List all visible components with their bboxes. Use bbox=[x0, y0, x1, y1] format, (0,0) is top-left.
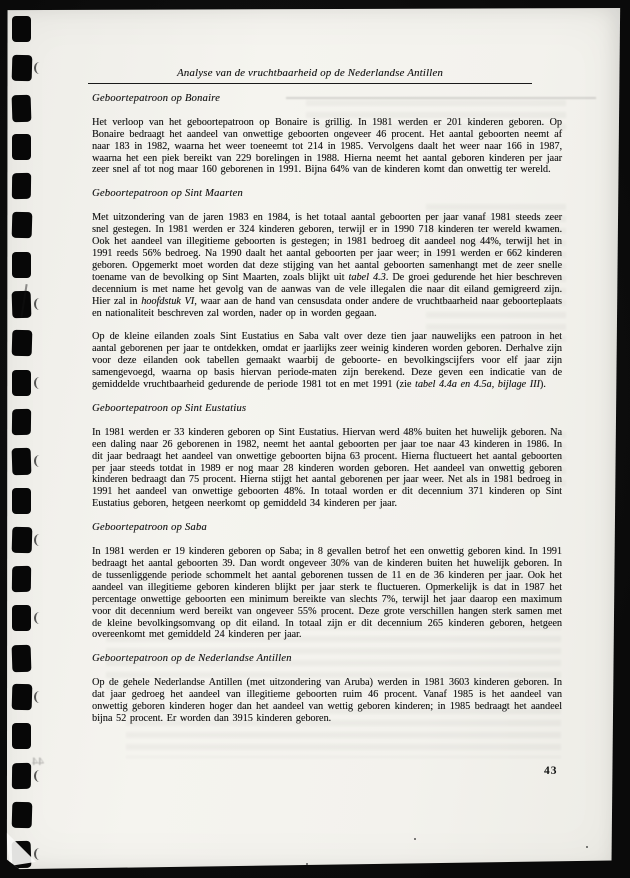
binding-ring-shadow-icon bbox=[34, 298, 45, 310]
binding-hole bbox=[12, 645, 32, 673]
binding-hole bbox=[12, 173, 31, 199]
binding-hole bbox=[12, 566, 31, 592]
page-number: 43 bbox=[544, 765, 558, 777]
text-run: In 1981 werden er 33 kinderen geboren op… bbox=[92, 427, 562, 509]
binding-hole bbox=[12, 409, 31, 435]
binding-hole bbox=[12, 55, 33, 82]
paragraph-saba: In 1981 werden er 19 kinderen geboren op… bbox=[92, 546, 562, 641]
binding-hole bbox=[12, 605, 31, 631]
binding-ring-shadow-icon bbox=[34, 691, 45, 703]
dust-speck bbox=[306, 863, 308, 865]
binding-hole bbox=[12, 802, 33, 829]
binding-ring-shadow-icon bbox=[34, 534, 45, 546]
binding-hole bbox=[12, 95, 32, 123]
binding-hole bbox=[12, 16, 31, 42]
binding-ring-shadow-icon bbox=[34, 848, 45, 860]
section-heading-saba: Geboortepatroon op Saba bbox=[92, 522, 562, 534]
text-run-italic: tabel 4.3 bbox=[349, 272, 386, 283]
binding-hole bbox=[12, 684, 33, 711]
dust-speck bbox=[586, 846, 588, 848]
binding-ring-shadow-icon bbox=[34, 377, 45, 389]
binding-ring-shadow-icon bbox=[34, 770, 45, 782]
document-content: Analyse van de vruchtbaarheid op de Nede… bbox=[92, 68, 562, 737]
binding-hole bbox=[12, 252, 31, 278]
running-header-title: Analyse van de vruchtbaarheid op de Nede… bbox=[177, 67, 443, 79]
section-heading-sint-eustatius: Geboortepatroon op Sint Eustatius bbox=[92, 403, 562, 415]
paragraph-bonaire: Het verloop van het geboortepatroon op B… bbox=[92, 117, 562, 177]
binding-hole bbox=[12, 448, 32, 476]
text-run-italic: tabel 4.4a en 4.5a, bijlage III bbox=[415, 379, 540, 390]
binding-hole bbox=[12, 527, 33, 554]
paragraph-sint-eustatius: In 1981 werden er 33 kinderen geboren op… bbox=[92, 427, 562, 510]
binding-hole bbox=[12, 488, 31, 514]
binding-hole bbox=[12, 330, 33, 357]
binding-hole bbox=[12, 763, 31, 789]
binding-ring-shadow-icon bbox=[34, 62, 45, 74]
binding-ring-shadow-icon bbox=[34, 612, 45, 624]
paragraph-sint-maarten: Met uitzondering van de jaren 1983 en 19… bbox=[92, 212, 562, 319]
section-heading-bonaire: Geboortepatroon op Bonaire bbox=[92, 93, 562, 105]
binding-hole bbox=[12, 723, 31, 749]
section-heading-nederlandse-antillen: Geboortepatroon op de Nederlandse Antill… bbox=[92, 653, 562, 665]
page-corner-curl bbox=[6, 832, 36, 866]
binding-hole bbox=[12, 370, 31, 396]
text-run: ). bbox=[540, 379, 546, 390]
section-heading-sint-maarten: Geboortepatroon op Sint Maarten bbox=[92, 188, 562, 200]
text-run: Het verloop van het geboortepatroon op B… bbox=[92, 117, 562, 176]
text-run: In 1981 werden er 19 kinderen geboren op… bbox=[92, 546, 562, 640]
scanned-page: 44 Analyse van de vruchtbaarheid op de N… bbox=[6, 8, 622, 870]
text-run: Op de gehele Nederlandse Antillen (met u… bbox=[92, 677, 562, 724]
paragraph-nederlandse-antillen: Op de gehele Nederlandse Antillen (met u… bbox=[92, 677, 562, 725]
paragraph-small-islands: Op de kleine eilanden zoals Sint Eustati… bbox=[92, 331, 562, 391]
binding-ring-shadow-icon bbox=[34, 455, 45, 467]
dust-speck bbox=[414, 838, 416, 840]
text-run-italic: hoofdstuk VI bbox=[141, 296, 194, 307]
binding-hole bbox=[12, 134, 31, 160]
running-header: Analyse van de vruchtbaarheid op de Nede… bbox=[88, 68, 532, 84]
bleedthrough-page-number: 44 bbox=[32, 754, 44, 769]
binding-hole bbox=[12, 212, 33, 239]
